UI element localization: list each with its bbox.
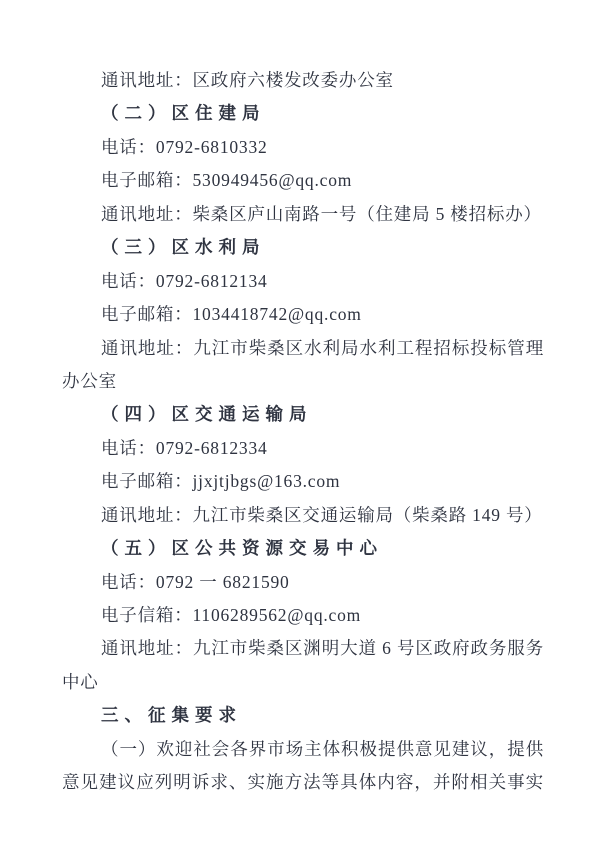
email-line: 电子信箱：1106289562@qq.com — [62, 599, 544, 632]
document-content: 通讯地址：区政府六楼发改委办公室 （二）区住建局 电话：0792-6810332… — [62, 64, 544, 800]
paragraph-line: （一）欢迎社会各界市场主体积极提供意见建议，提供 — [62, 733, 544, 766]
phone-line: 电话：0792-6810332 — [62, 131, 544, 164]
section-heading-requirements: 三、征集要求 — [62, 699, 544, 732]
address-line: 通讯地址：九江市柴桑区交通运输局（柴桑路 149 号） — [62, 499, 544, 532]
phone-line: 电话：0792-6812134 — [62, 265, 544, 298]
section-heading-water-bureau: （三）区水利局 — [62, 231, 544, 264]
address-line-continued: 中心 — [62, 666, 544, 699]
address-line: 通讯地址：九江市柴桑区水利局水利工程招标投标管理 — [62, 332, 544, 365]
section-heading-transport-bureau: （四）区交通运输局 — [62, 398, 544, 431]
address-line: 通讯地址：柴桑区庐山南路一号（住建局 5 楼招标办） — [62, 198, 544, 231]
address-line-continued: 办公室 — [62, 365, 544, 398]
email-line: 电子邮箱：1034418742@qq.com — [62, 298, 544, 331]
address-line: 通讯地址：九江市柴桑区渊明大道 6 号区政府政务服务 — [62, 632, 544, 665]
document-page: 通讯地址：区政府六楼发改委办公室 （二）区住建局 电话：0792-6810332… — [0, 0, 607, 842]
address-line: 通讯地址：区政府六楼发改委办公室 — [62, 64, 544, 97]
section-heading-trading-center: （五）区公共资源交易中心 — [62, 532, 544, 565]
paragraph-line: 意见建议应列明诉求、实施方法等具体内容，并附相关事实 — [62, 766, 544, 799]
phone-line: 电话：0792-6812334 — [62, 432, 544, 465]
email-line: 电子邮箱：530949456@qq.com — [62, 164, 544, 197]
phone-line: 电话：0792 一 6821590 — [62, 566, 544, 599]
section-heading-housing-bureau: （二）区住建局 — [62, 97, 544, 130]
email-line: 电子邮箱：jjxjtjbgs@163.com — [62, 465, 544, 498]
